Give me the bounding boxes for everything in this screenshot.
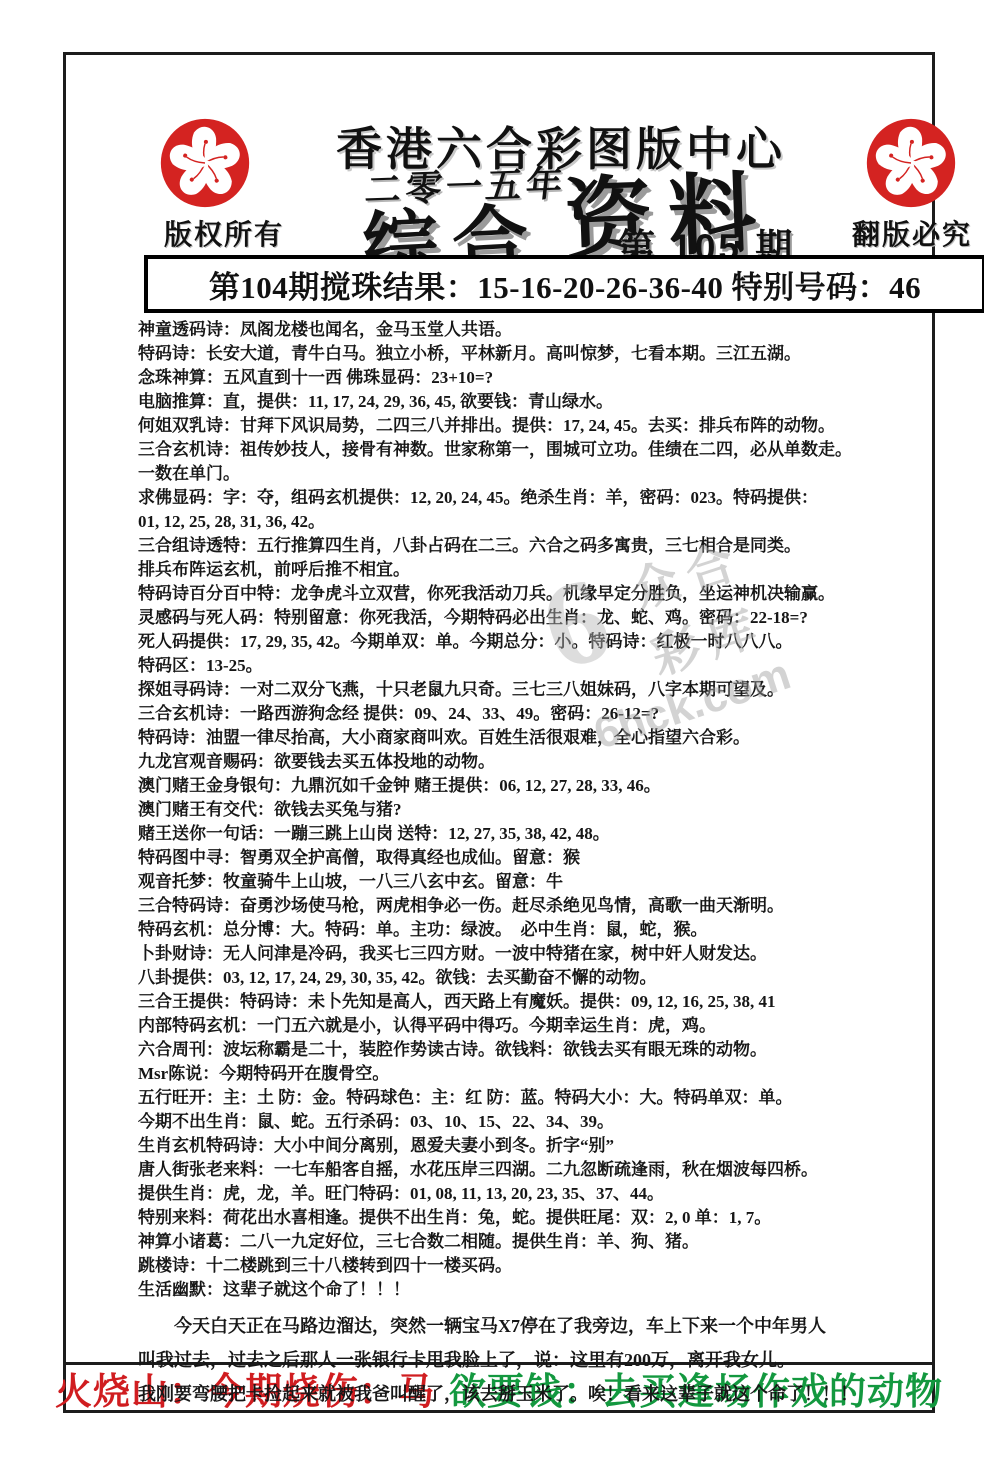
tip-line: 澳门赌王有交代：欲钱去买兔与猪? [138, 798, 984, 822]
tip-line: 求佛显码：字：夺，组码玄机提供：12, 20, 24, 45。绝杀生肖：羊，密码… [138, 486, 984, 510]
tip-line: 赌王送你一句话：一蹦三跳上山岗 送特：12, 27, 35, 38, 42, 4… [138, 822, 984, 846]
tip-line: 内部特码玄机：一门五六就是小，认得平码中得巧。今期幸运生肖：虎，鸡。 [138, 1014, 984, 1038]
tip-line: 一数在单门。 [138, 462, 984, 486]
tip-line: 特码诗百分百中特：龙争虎斗立双营，你死我活动刀兵。机缘早定分胜负，坐运神机决输赢… [138, 582, 984, 606]
tip-line: 三合玄机诗：一路西游狗念经 提供：09、24、33、49。密码：26-12=? [138, 702, 984, 726]
lottery-tip-sheet-page: 版权所有 翻版必究 香港六合彩图版中心 二零一五年 综合 资料 第 105 期 … [0, 0, 984, 1457]
tip-line: 特码诗：油盟一律尽抬高，大小商家商叫欢。百姓生活很艰难，全心指望六合彩。 [138, 726, 984, 750]
bauhinia-flower-icon [865, 117, 957, 209]
tip-line: 九龙宫观音赐码：欲要钱去买五体投地的动物。 [138, 750, 984, 774]
draw-result-banner: 第104期搅珠结果：15-16-20-26-36-40 特别号码：46 [144, 255, 984, 313]
humor-line: 叫我过去，过去之后那人一张银行卡甩我脸上了，说：这里有200万，离开我女儿。 [138, 1343, 984, 1377]
tip-line: 跳楼诗：十二楼跳到三十八楼转到四十一楼买码。 [138, 1254, 984, 1278]
tip-line: 澳门赌王金身银句：九鼎沉如千金钟 赌王提供：06, 12, 27, 28, 33… [138, 774, 984, 798]
draw-result-text: 第104期搅珠结果：15-16-20-26-36-40 特别号码：46 [209, 262, 921, 307]
content-frame: 版权所有 翻版必究 香港六合彩图版中心 二零一五年 综合 资料 第 105 期 … [63, 52, 935, 1413]
tip-line: 何姐双乳诗：甘拜下风识局势，二四三八并排出。提供：17, 24, 45。去买：排… [138, 414, 984, 438]
humor-line: 我刚要弯腰把卡捡起来就被我爸叫醒了，该去掰玉米了。唉！看来这辈子就这个命了！！！ [138, 1377, 984, 1411]
tip-line: 电脑推算：直，提供：11, 17, 24, 29, 36, 45, 欲要钱：青山… [138, 390, 984, 414]
copyright-notice: 版权所有 [144, 213, 304, 253]
tip-line: 神算小诸葛：二八一九定好位，三七合数二相随。提供生肖：羊、狗、猪。 [138, 1230, 984, 1254]
tip-line: 神童透码诗：凤阁龙楼也闻名，金马玉堂人共语。 [138, 318, 984, 342]
tip-line: 探姐寻码诗：一对二双分飞燕，十只老鼠九只奇。三七三八姐妹码，八字本期可望及。 [138, 678, 984, 702]
tip-line: 提供生肖：虎，龙，羊。旺门特码：01, 08, 11, 13, 20, 23, … [138, 1182, 984, 1206]
tip-line: 观音托梦：牧童骑牛上山坡，一八三八玄中玄。留意：牛 [138, 870, 984, 894]
bauhinia-flower-icon [159, 117, 251, 209]
tip-line: 特码诗：长安大道，青牛白马。独立小桥，平林新月。高叫惊梦，七看本期。三江五湖。 [138, 342, 984, 366]
tip-line: 生活幽默：这辈子就这个命了！！！ [138, 1278, 984, 1302]
tip-line: 念珠神算：五风直到十一西 佛珠显码：23+10=? [138, 366, 984, 390]
tip-line: 灵感码与死人码：特别留意：你死我活，今期特码必出生肖：龙、蛇、鸡。密码：22-1… [138, 606, 984, 630]
humor-line: 今天白天正在马路边溜达，突然一辆宝马X7停在了我旁边，车上下来一个中年男人 [138, 1309, 984, 1343]
tip-line: 卜卦财诗：无人问津是冷码，我买七三四方财。一波中特猪在家，树中奸人财发达。 [138, 942, 984, 966]
tips-list: 神童透码诗：凤阁龙楼也闻名，金马玉堂人共语。 特码诗：长安大道，青牛白马。独立小… [138, 318, 984, 1302]
anti-piracy-notice: 翻版必究 [832, 213, 984, 253]
tip-line: 特码区：13-25。 [138, 654, 984, 678]
tip-line: 三合特码诗：奋勇沙场使马枪，两虎相争必一伤。赶尽杀绝见鸟情，高歌一曲天渐明。 [138, 894, 984, 918]
tip-line: 特码图中寻：智勇双全护高僧，取得真经也成仙。留意：猴 [138, 846, 984, 870]
tip-line: 五行旺开：主：土 防：金。特码球色：主：红 防：蓝。特码大小：大。特码单双：单。 [138, 1086, 984, 1110]
tip-line: 三合玄机诗：祖传妙技人，接骨有神数。世家称第一，围城可立功。佳绩在二四，必从单数… [138, 438, 984, 462]
tip-line: 死人码提供：17, 29, 35, 42。今期单双：单。今期总分：小。特码诗：红… [138, 630, 984, 654]
tip-line: 三合王提供：特码诗：未卜先知是高人，西天路上有魔妖。提供：09, 12, 16,… [138, 990, 984, 1014]
tip-line: 01, 12, 25, 28, 31, 36, 42。 [138, 510, 984, 534]
tip-line: 特别来料：荷花出水喜相逢。提供不出生肖：兔，蛇。提供旺尾：双：2, 0 单：1,… [138, 1206, 984, 1230]
tip-line: 唐人街张老来料：一七车船客自摇，水花压岸三四湖。二九忽断疏逢雨，秋在烟波每四桥。 [138, 1158, 984, 1182]
tip-line: 八卦提供：03, 12, 17, 24, 29, 30, 35, 42。欲钱：去… [138, 966, 984, 990]
tip-line: 六合周刊：波坛称霸是二十，装腔作势读古诗。欲钱料：欲钱去买有眼无珠的动物。 [138, 1038, 984, 1062]
tip-line: 特码玄机：总分博：大。特码：单。主功：绿波。 必中生肖：鼠，蛇，猴。 [138, 918, 984, 942]
tip-line: 今期不出生肖：鼠、蛇。五行杀码：03、10、15、22、34、39。 [138, 1110, 984, 1134]
humor-paragraph: 今天白天正在马路边溜达，突然一辆宝马X7停在了我旁边，车上下来一个中年男人 叫我… [138, 1309, 984, 1411]
tip-line: Msr陈说：今期特码开在腹骨空。 [138, 1062, 984, 1086]
tip-line: 排兵布阵运玄机，前呼后推不相宜。 [138, 558, 984, 582]
tip-line: 生肖玄机特码诗：大小中间分离别，恩爱夫妻小到冬。折字“别” [138, 1134, 984, 1158]
tip-line: 三合组诗透特：五行推算四生肖，八卦占码在二三。六合之码多寓贵，三七相合是同类。 [138, 534, 984, 558]
